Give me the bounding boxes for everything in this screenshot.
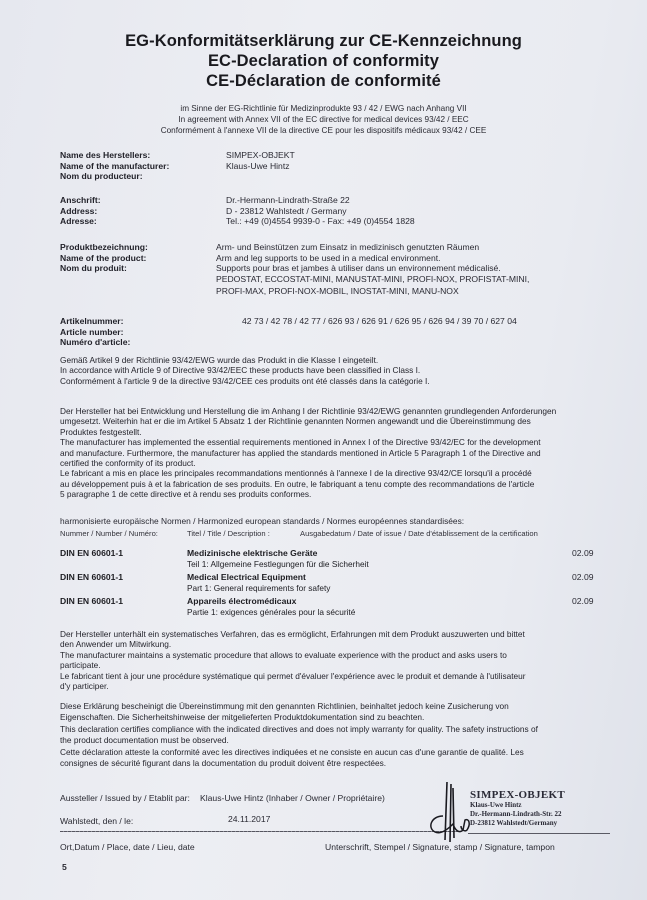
requirements-line: 5 paragraphe 1 de cette directive et à r…: [60, 489, 647, 499]
procedure-line: The manufacturer maintains a systematic …: [60, 650, 647, 660]
title-german: EG-Konformitätserklärung zur CE-Kennzeic…: [0, 32, 647, 51]
requirements-line: The manufacturer has implemented the ess…: [60, 437, 647, 447]
standard-subtitle: Teil 1: Allgemeine Festlegungen für die …: [187, 559, 369, 569]
procedure-line: den Anwender um Mitwirkung.: [60, 639, 647, 649]
signature-caption: Unterschrift, Stempel / Signature, stamp…: [325, 842, 555, 853]
label-en: Name of the product:: [60, 253, 148, 264]
stamp-company: SIMPEX-OBJEKT: [470, 789, 565, 801]
label-fr: Nom du produit:: [60, 263, 148, 274]
table-row: DIN EN 60601-1 Medical Electrical Equipm…: [60, 572, 620, 596]
subtitle-english: In agreement with Annex VII of the EC di…: [0, 115, 647, 124]
standard-title: Medical Electrical Equipment: [187, 572, 306, 582]
classification-de: Gemäß Artikel 9 der Richtlinie 93/42/EWG…: [60, 355, 647, 365]
standard-number: DIN EN 60601-1: [60, 572, 123, 582]
address-phone-fax: Tel.: +49 (0)4554 9939-0 - Fax: +49 (0)4…: [226, 216, 415, 227]
product-values: Arm- und Beinstützen zum Einsatz in medi…: [216, 242, 529, 297]
subtitle-german: im Sinne der EG-Richtlinie für Medizinpr…: [0, 104, 647, 113]
requirements-paragraph: Der Hersteller hat bei Entwicklung und H…: [60, 406, 647, 500]
product-models-2: PROFI-MAX, PROFI-NOX-MOBIL, INOSTAT-MINI…: [216, 286, 529, 297]
table-row: DIN EN 60601-1 Appareils électromédicaux…: [60, 596, 620, 620]
disclaimer-line: Eigenschaften. Die Sicherheitshinweise d…: [60, 712, 647, 723]
label-de: Anschrift:: [60, 195, 101, 206]
standard-number: DIN EN 60601-1: [60, 596, 123, 606]
stamp-street: Dr.-Hermann-Lindrath-Str. 22: [470, 810, 565, 819]
label-en: Name of the manufacturer:: [60, 161, 169, 172]
label-de: Produktbezeichnung:: [60, 242, 148, 253]
product-labels: Produktbezeichnung: Name of the product:…: [60, 242, 148, 274]
label-fr: Adresse:: [60, 216, 101, 227]
signature-line: [60, 831, 460, 832]
requirements-line: certified the conformity of its product.: [60, 458, 647, 468]
requirements-line: umgesetzt. Weiterhin hat er die im Artik…: [60, 416, 647, 426]
disclaimer-paragraph: Diese Erklärung bescheinigt die Übereins…: [60, 701, 647, 769]
requirements-line: au développement puis à et la fabricatio…: [60, 479, 647, 489]
disclaimer-line: Diese Erklärung bescheinigt die Übereins…: [60, 701, 647, 712]
address-values: Dr.-Hermann-Lindrath-Straße 22 D - 23812…: [226, 195, 415, 227]
address-labels: Anschrift: Address: Adresse:: [60, 195, 101, 227]
standard-subtitle: Partie 1: exigences générales pour la sé…: [187, 607, 355, 617]
standard-date: 02.09: [572, 596, 594, 607]
article-labels: Artikelnummer: Article number: Numéro d'…: [60, 316, 130, 348]
manufacturer-person: Klaus-Uwe Hintz: [226, 161, 295, 172]
issued-by-label: Aussteller / Issued by / Etablit par:: [60, 793, 190, 804]
procedure-paragraph: Der Hersteller unterhält ein systematisc…: [60, 629, 647, 691]
standard-subtitle: Part 1: General requirements for safety: [187, 583, 330, 593]
standards-col-title: Titel / Title / Description :: [187, 529, 270, 538]
requirements-line: Produktes festgestellt.: [60, 427, 647, 437]
place-label: Wahlstedt, den / le:: [60, 816, 133, 827]
standards-col-date: Ausgabedatum / Date of issue / Date d'ét…: [300, 529, 538, 538]
requirements-line: Le fabricant a mis en place les principa…: [60, 468, 647, 478]
standard-title: Medizinische elektrische Geräte: [187, 548, 317, 558]
product-name-en: Arm and leg supports to be used in a med…: [216, 253, 529, 264]
stamp-person: Klaus-Uwe Hintz: [470, 801, 565, 810]
subtitle-french: Conformément à l'annexe VII de la direct…: [0, 126, 647, 135]
standards-col-number: Nummer / Number / Numéro:: [60, 529, 158, 538]
manufacturer-company: SIMPEX-OBJEKT: [226, 150, 295, 161]
label-fr: Nom du producteur:: [60, 171, 169, 182]
standard-title: Appareils électromédicaux: [187, 596, 296, 606]
disclaimer-line: Cette déclaration atteste la conformité …: [60, 747, 647, 758]
product-models-1: PEDOSTAT, ECCOSTAT-MINI, MANUSTAT-MINI, …: [216, 274, 529, 285]
declaration-page: EG-Konformitätserklärung zur CE-Kennzeic…: [0, 0, 647, 900]
article-numbers: 42 73 / 42 78 / 42 77 / 626 93 / 626 91 …: [242, 316, 517, 327]
stamp-city: D-23812 Wahlstedt/Germany: [470, 819, 565, 828]
page-number: 5: [62, 862, 67, 873]
address-street: Dr.-Hermann-Lindrath-Straße 22: [226, 195, 415, 206]
manufacturer-labels: Name des Herstellers: Name of the manufa…: [60, 150, 169, 182]
product-name-fr: Supports pour bras et jambes à utiliser …: [216, 263, 529, 274]
procedure-line: Le fabricant tient à jour une procédure …: [60, 671, 647, 681]
requirements-line: and manufacture. Furthermore, the manufa…: [60, 448, 647, 458]
classification-paragraph: Gemäß Artikel 9 der Richtlinie 93/42/EWG…: [60, 355, 647, 386]
issued-by-value: Klaus-Uwe Hintz (Inhaber / Owner / Propr…: [200, 793, 385, 804]
place-date-caption: Ort,Datum / Place, date / Lieu, date: [60, 842, 195, 853]
requirements-line: Der Hersteller hat bei Entwicklung und H…: [60, 406, 647, 416]
label-de: Artikelnummer:: [60, 316, 130, 327]
date-value: 24.11.2017: [228, 814, 270, 825]
standards-heading: harmonisierte europäische Normen / Harmo…: [60, 516, 464, 527]
label-fr: Numéro d'article:: [60, 337, 130, 348]
table-row: DIN EN 60601-1 Medizinische elektrische …: [60, 548, 620, 572]
classification-en: In accordance with Article 9 of Directiv…: [60, 365, 647, 375]
standard-date: 02.09: [572, 548, 594, 559]
standard-date: 02.09: [572, 572, 594, 583]
label-de: Name des Herstellers:: [60, 150, 169, 161]
label-en: Article number:: [60, 327, 130, 338]
stamp-underline: [468, 833, 610, 834]
label-en: Address:: [60, 206, 101, 217]
manufacturer-values: SIMPEX-OBJEKT Klaus-Uwe Hintz: [226, 150, 295, 171]
handwritten-signature: [425, 780, 475, 844]
title-french: CE-Déclaration de conformité: [0, 72, 647, 91]
address-city: D - 23812 Wahlstedt / Germany: [226, 206, 415, 217]
procedure-line: Der Hersteller unterhält ein systematisc…: [60, 629, 647, 639]
disclaimer-line: the product documentation must be observ…: [60, 735, 647, 746]
disclaimer-line: This declaration certifies compliance wi…: [60, 724, 647, 735]
title-english: EC-Declaration of conformity: [0, 52, 647, 71]
procedure-line: participate.: [60, 660, 647, 670]
procedure-line: d'y participer.: [60, 681, 647, 691]
classification-fr: Conformément à l'article 9 de la directi…: [60, 376, 647, 386]
standards-table: DIN EN 60601-1 Medizinische elektrische …: [60, 548, 620, 620]
disclaimer-line: consignes de sécurité figurant dans la d…: [60, 758, 647, 769]
company-stamp: SIMPEX-OBJEKT Klaus-Uwe Hintz Dr.-Herman…: [470, 789, 565, 828]
standard-number: DIN EN 60601-1: [60, 548, 123, 558]
product-name-de: Arm- und Beinstützen zum Einsatz in medi…: [216, 242, 529, 253]
